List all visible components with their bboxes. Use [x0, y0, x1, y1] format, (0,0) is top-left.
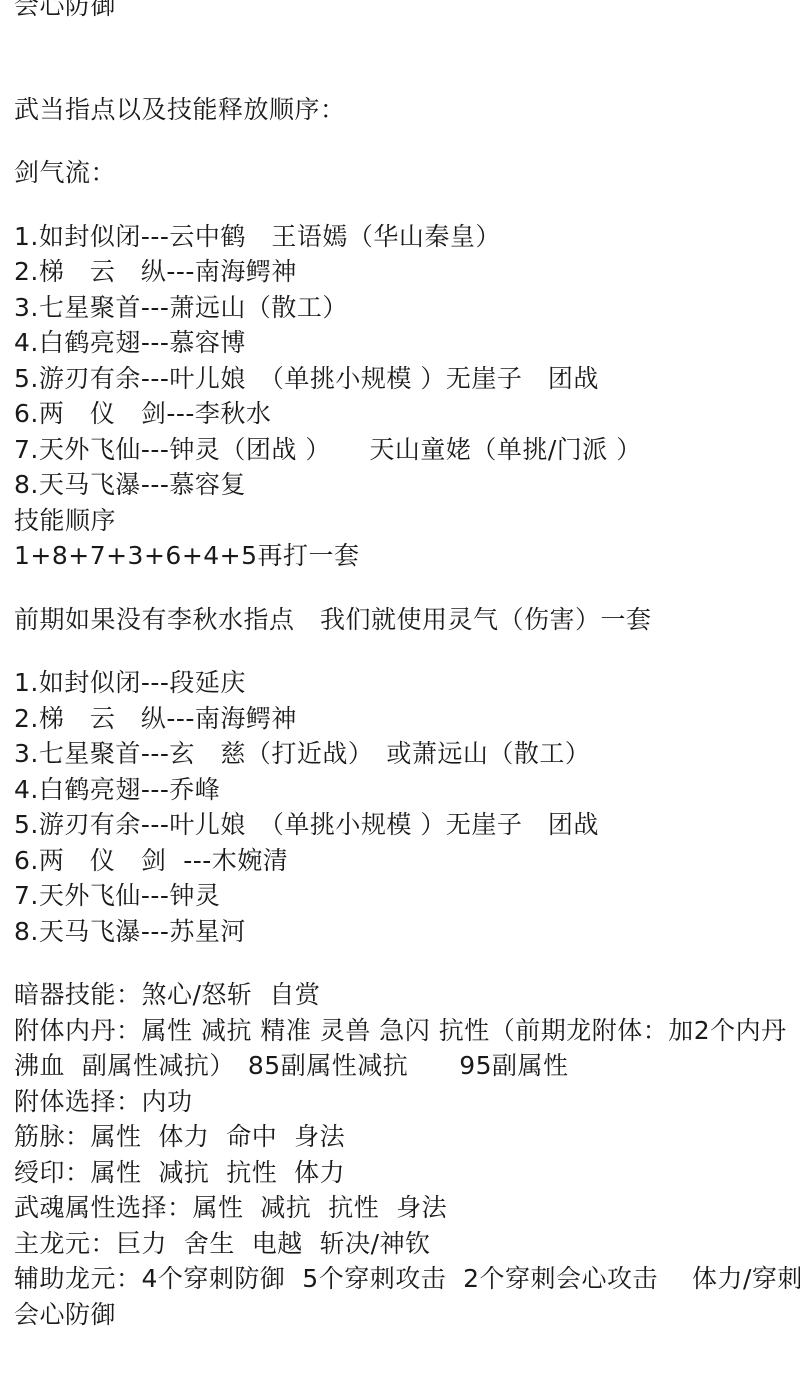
jianqi-item-3: 3.七星聚首---萧远山（散工） [14, 290, 790, 326]
zhu-longyuan-line: 主龙元：巨力 舍生 电越 斩决/神钦 [14, 1226, 790, 1262]
blank-line [14, 949, 790, 977]
lingqi-item-4: 4.白鹤亮翅---乔峰 [14, 772, 790, 808]
jianqi-item-7: 7.天外飞仙---钟灵（团战 ） 天山童姥（单挑/门派 ） [14, 432, 790, 468]
heading-line: 武当指点以及技能释放顺序： [14, 92, 790, 128]
blank-line [14, 58, 790, 92]
jianqi-item-8: 8.天马飞瀑---慕容复 [14, 467, 790, 503]
lingqi-item-1: 1.如封似闭---段延庆 [14, 665, 790, 701]
skill-order-label: 技能顺序 [14, 503, 790, 539]
lingqi-intro: 前期如果没有李秋水指点 我们就使用灵气（伤害）一套 [14, 602, 790, 638]
anqi-skill-line: 暗器技能：煞心/怒斩 自赏 [14, 977, 790, 1013]
lingqi-item-7: 7.天外飞仙---钟灵 [14, 878, 790, 914]
jianqi-item-4: 4.白鹤亮翅---慕容博 [14, 325, 790, 361]
jianqi-item-2: 2.梯 云 纵---南海鳄神 [14, 254, 790, 290]
document-page[interactable]: 会心防御 武当指点以及技能释放顺序： 剑气流： 1.如封似闭---云中鹤 王语嫣… [0, 0, 800, 1384]
futi-select-line: 附体选择：内功 [14, 1084, 790, 1120]
jinmai-line: 筋脉：属性 体力 命中 身法 [14, 1119, 790, 1155]
jianqi-item-5: 5.游刃有余---叶儿娘 （单挑小规模 ）无崖子 团战 [14, 361, 790, 397]
lingqi-item-6: 6.两 仪 剑 ---木婉清 [14, 843, 790, 879]
jianqi-item-1: 1.如封似闭---云中鹤 王语嫣（华山秦皇） [14, 219, 790, 255]
blank-line [14, 574, 790, 602]
neidan-line-2: 沸血 副属性减抗） 85副属性减抗 95副属性 [14, 1048, 790, 1084]
lingqi-item-2: 2.梯 云 纵---南海鳄神 [14, 701, 790, 737]
skill-order-value: 1+8+7+3+6+4+5再打一套 [14, 538, 790, 574]
blank-line [14, 127, 790, 155]
fuzhu-longyuan-line-2: 会心防御 [14, 1297, 790, 1333]
neidan-line-1: 附体内丹：属性 减抗 精准 灵兽 急闪 抗性（前期龙附体：加2个内丹 [14, 1013, 790, 1049]
jianqi-title: 剑气流： [14, 155, 790, 191]
blank-line [14, 191, 790, 219]
lingqi-item-8: 8.天马飞瀑---苏星河 [14, 914, 790, 950]
fuzhu-longyuan-line-1: 辅助龙元：4个穿刺防御 5个穿刺攻击 2个穿刺会心攻击 体力/穿刺 [14, 1261, 790, 1297]
blank-line [14, 24, 790, 58]
wuhun-line: 武魂属性选择：属性 减抗 抗性 身法 [14, 1190, 790, 1226]
lingqi-item-3: 3.七星聚首---玄 慈（打近战） 或萧远山（散工） [14, 736, 790, 772]
lingqi-item-5: 5.游刃有余---叶儿娘 （单挑小规模 ）无崖子 团战 [14, 807, 790, 843]
shouyin-line: 绶印：属性 减抗 抗性 体力 [14, 1155, 790, 1191]
clipped-top-line: 会心防御 [14, 0, 790, 24]
jianqi-item-6: 6.两 仪 剑---李秋水 [14, 396, 790, 432]
blank-line [14, 637, 790, 665]
